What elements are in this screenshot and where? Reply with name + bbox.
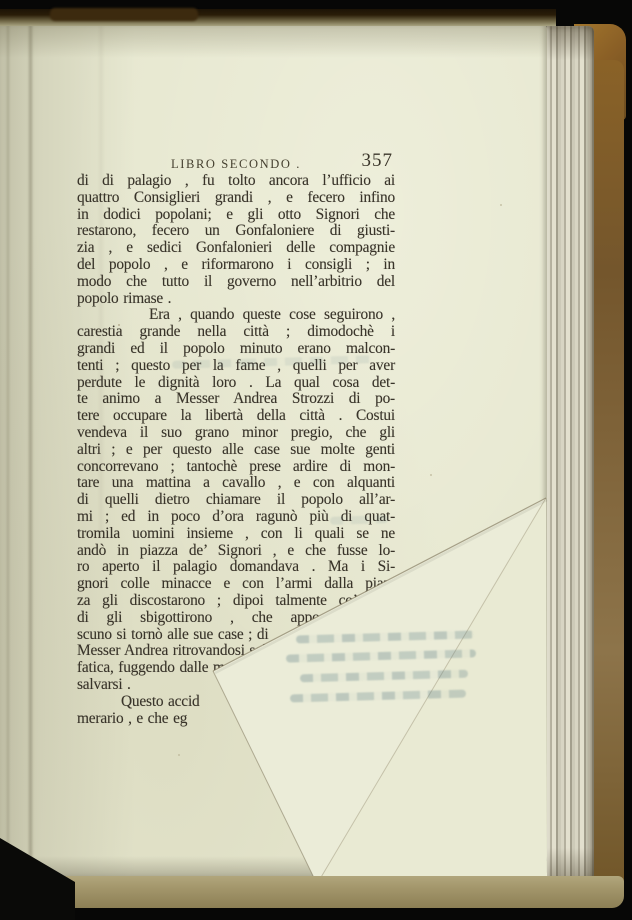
ink-show-through <box>330 515 388 525</box>
text-line: Era , quando queste cose seguirono , <box>77 307 395 324</box>
gutter-crease <box>29 24 32 878</box>
page-stack-fore-edge <box>547 26 594 882</box>
text-line: in dodici popolani; e gli otto Signori c… <box>77 207 395 224</box>
text-block: di di palagio , fu tolto ancora l’uffici… <box>77 173 395 727</box>
book-page: LIBRO SECONDO . 357 di di palagio , fu t… <box>0 24 547 878</box>
page-header: LIBRO SECONDO . 357 <box>77 154 395 174</box>
text-line: vendeva il suo grano minor pregio, che g… <box>77 425 395 442</box>
text-line: modo che tutto il governo nell’arbitrio … <box>77 274 395 291</box>
text-line: gnori colle minacce e con l’armi dalla p… <box>77 576 395 593</box>
text-line: perdute le dignità loro . La qual cosa d… <box>77 375 395 392</box>
text-line: za gli discostarono ; dipoi talmente co’… <box>77 593 395 610</box>
text-line: del popolo , e riformarono i consigli ; … <box>77 257 395 274</box>
text-line: carestia grande nella città ; dimodochè … <box>77 324 395 341</box>
page-bottom-shading <box>0 856 547 878</box>
text-line: quattro Consiglieri grandi , e fecero in… <box>77 190 395 207</box>
text-line: di di palagio , fu tolto ancora l’uffici… <box>77 173 395 190</box>
text-line: popolo rimase . <box>77 291 395 308</box>
text-line: andò in piazza de’ Signori , e che fusse… <box>77 543 395 560</box>
gutter-crease <box>7 24 9 878</box>
foxing-spot <box>289 784 298 792</box>
page-top-shading <box>0 24 547 58</box>
text-line: zia , e sedici Gonfalonieri delle compag… <box>77 240 395 257</box>
page-number: 357 <box>362 150 394 172</box>
book-cover-edge <box>590 60 624 905</box>
text-line: di quelli dietro chiamare il popolo all’… <box>77 492 395 509</box>
text-line: ro aperto il palagio domandava . Ma i Si… <box>77 559 395 576</box>
text-line: merario , e che eg <box>77 711 395 728</box>
text-line: altri ; e per questo alle case sue molte… <box>77 442 395 459</box>
text-line: restarono, fecero un Gonfaloniere di giu… <box>77 223 395 240</box>
text-line: tare una mattina a cavallo , e con alqua… <box>77 475 395 492</box>
text-line: di gli sbigottirono , che appoco appoco <box>77 610 395 627</box>
book-bottom-edge <box>52 876 624 908</box>
text-line: tere occupare la libertà della città . C… <box>77 408 395 425</box>
text-line: te animo a Messer Andrea Strozzi di po- <box>77 391 395 408</box>
paper-specks <box>118 324 120 326</box>
text-line: tromila uomini insieme , con li quali se… <box>77 526 395 543</box>
text-line: concorrevano ; tantochè prese ardire di … <box>77 459 395 476</box>
section-title: LIBRO SECONDO . <box>77 157 395 172</box>
book-scan: LIBRO SECONDO . 357 di di palagio , fu t… <box>0 0 632 920</box>
book-top-edge-streak <box>50 8 198 21</box>
